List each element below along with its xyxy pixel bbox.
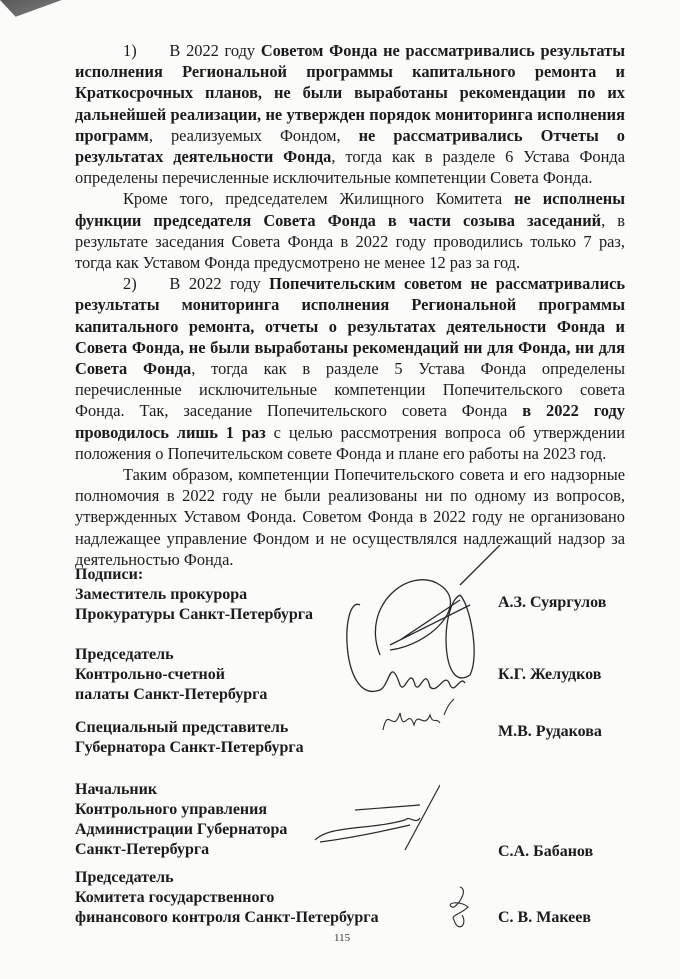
paragraph-2: Кроме того, председателем Жилищного Коми… xyxy=(75,188,625,273)
handwritten-signature-icon xyxy=(440,885,480,935)
signatory-name: С. В. Макеев xyxy=(498,908,591,928)
signatory-title: Специальный представитель Губернатора Са… xyxy=(75,718,304,758)
handwritten-signature-icon xyxy=(378,695,458,745)
paragraph-1: 1) В 2022 году Советом Фонда не рассматр… xyxy=(75,40,625,188)
signatory-name: К.Г. Желудков xyxy=(498,665,601,685)
document-body: 1) В 2022 году Советом Фонда не рассматр… xyxy=(75,40,625,570)
signatory-name: М.В. Рудакова xyxy=(498,722,602,742)
signatory-title: Заместитель прокурора Прокуратуры Санкт-… xyxy=(75,585,313,625)
signatory-title: Председатель Контрольно-счетной палаты С… xyxy=(75,645,267,705)
signatory-title: Начальник Контрольного управления Админи… xyxy=(75,780,287,860)
page-number: 115 xyxy=(334,932,350,944)
signatory-title: Председатель Комитета государственного ф… xyxy=(75,868,379,928)
paragraph-3: 2) В 2022 году Попечительским советом не… xyxy=(75,273,625,464)
signatory-name: А.З. Суяргулов xyxy=(498,593,606,613)
signatory-name: С.А. Бабанов xyxy=(498,842,593,862)
scan-corner-artifact xyxy=(0,0,70,30)
handwritten-signature-icon xyxy=(310,780,440,860)
